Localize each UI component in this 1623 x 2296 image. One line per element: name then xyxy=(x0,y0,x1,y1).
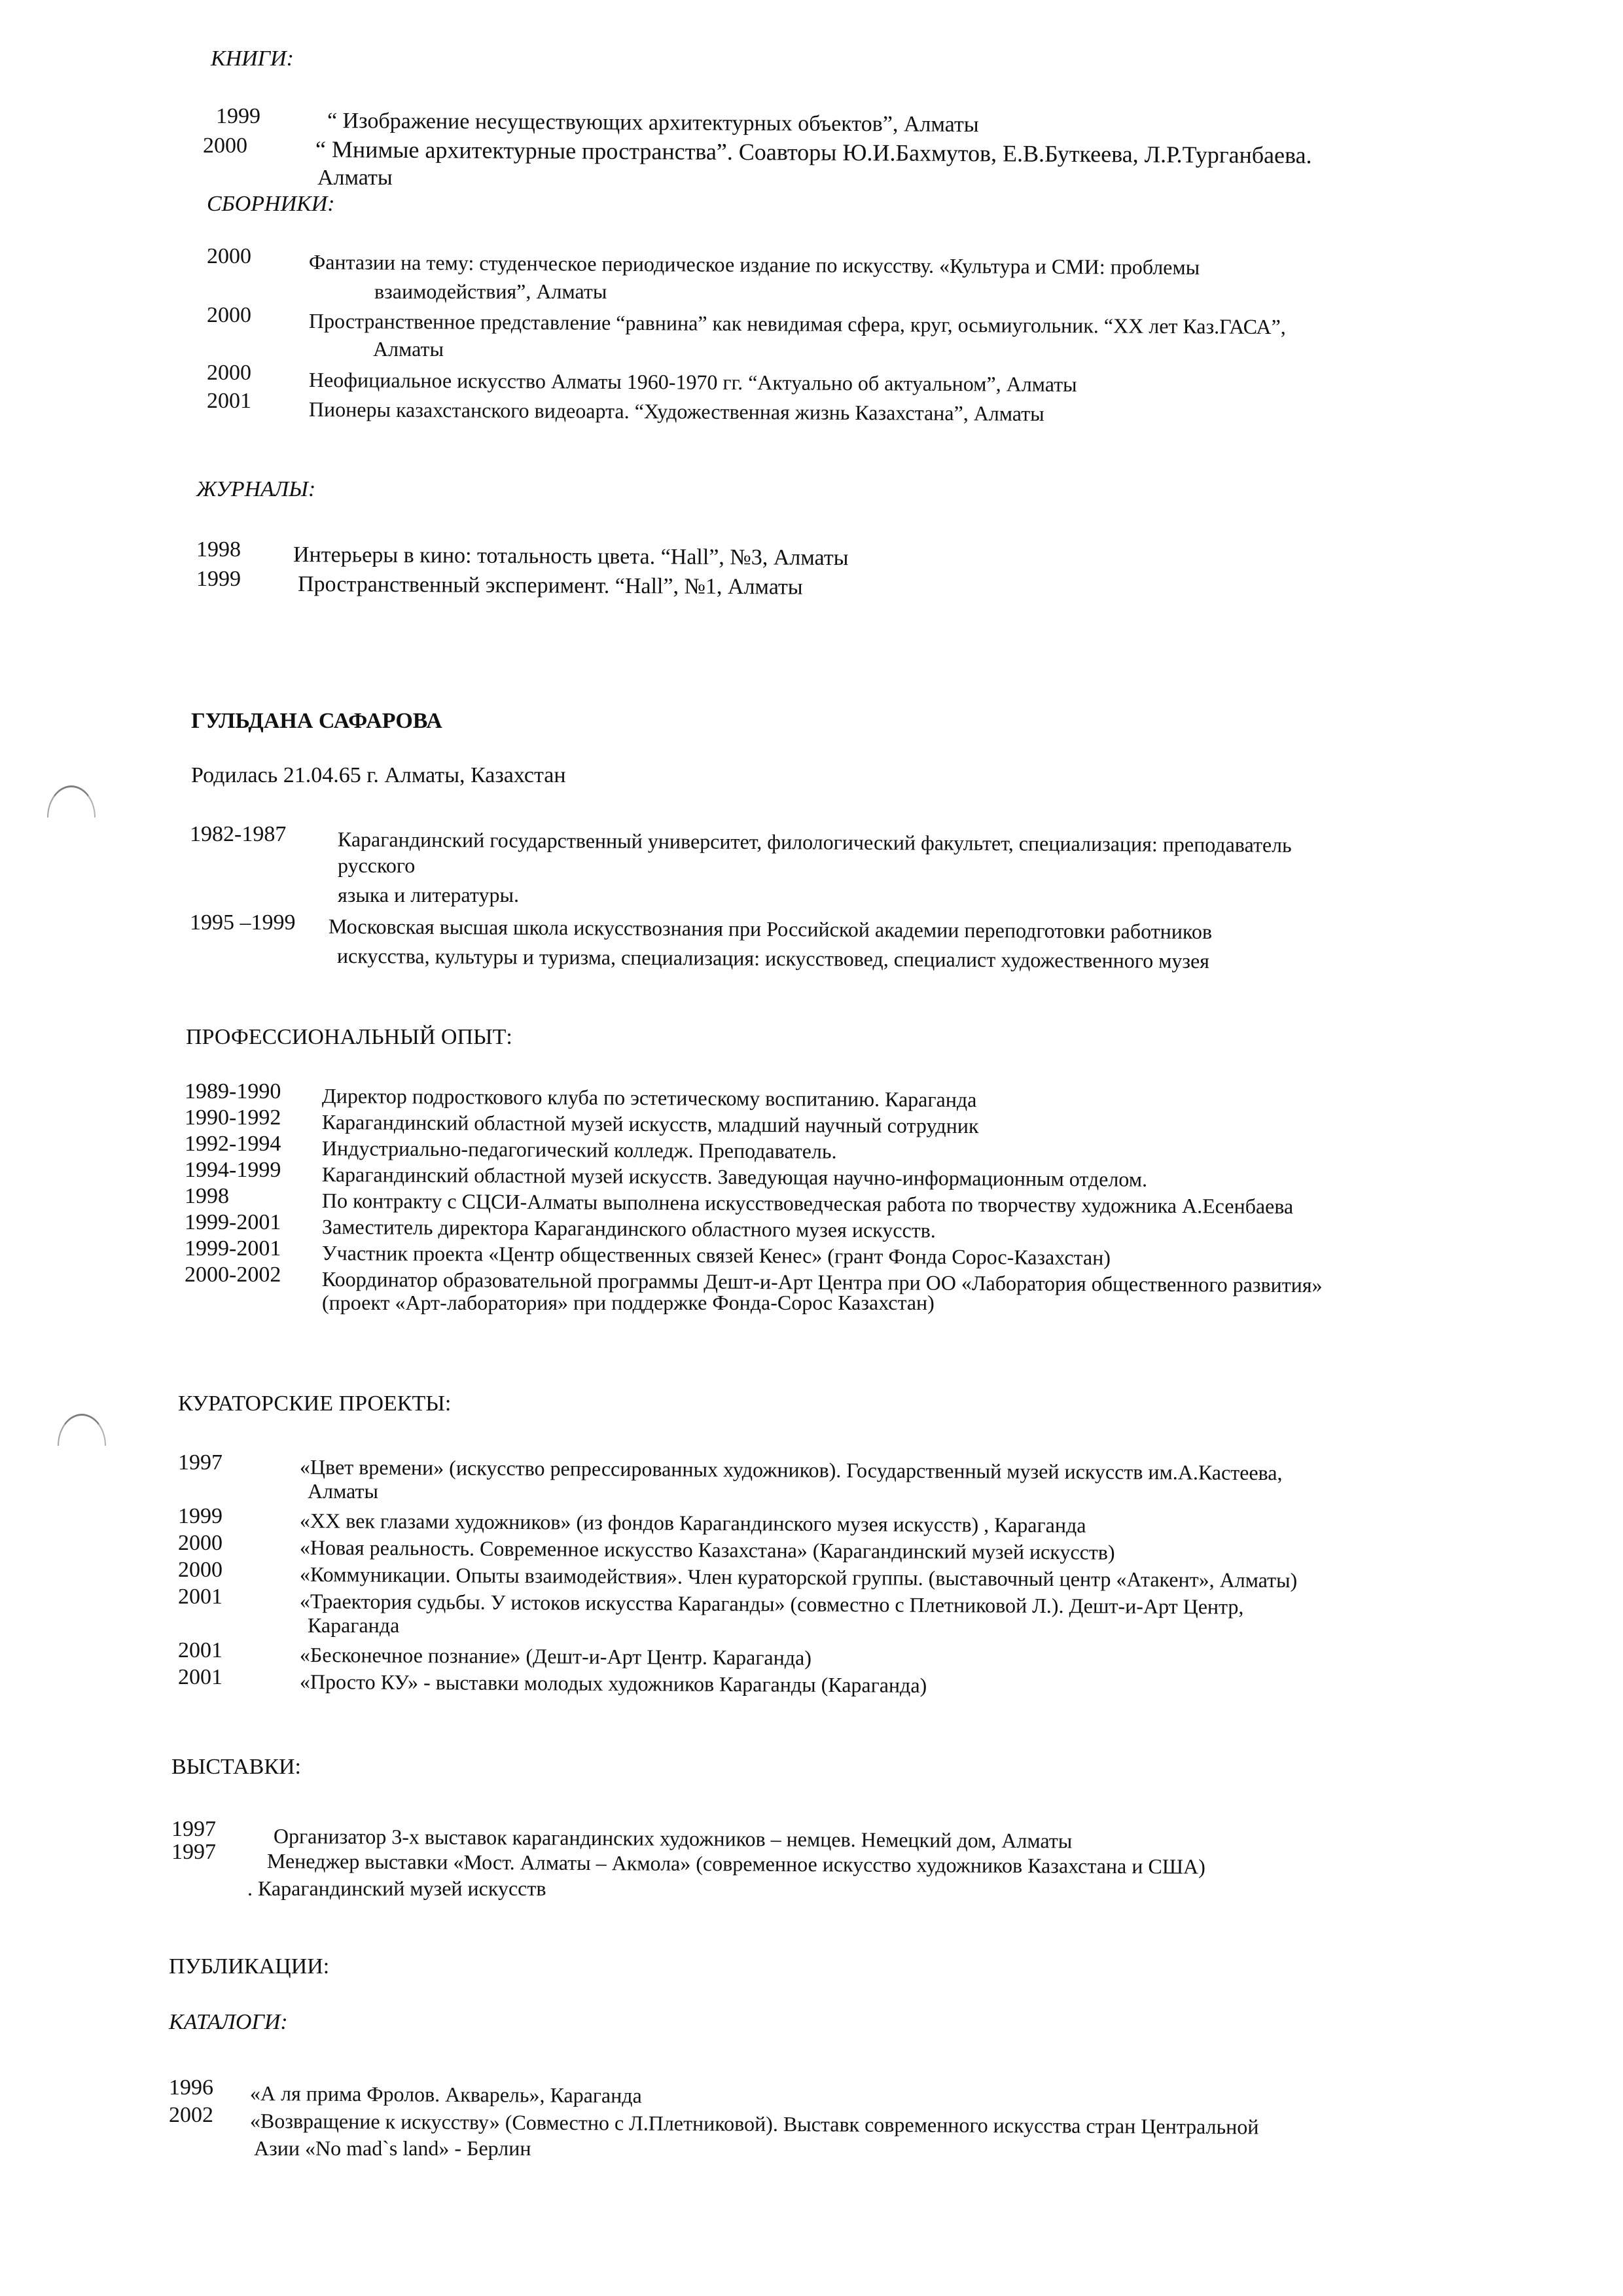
resume-page: КНИГИ: 1999 “ Изображение несуществующих… xyxy=(0,0,1623,2296)
education-years: 1982-1987 xyxy=(190,821,286,848)
experience-text: Карагандинский областной музей искусств,… xyxy=(322,1109,979,1139)
journal-title: Интерьеры в кино: тотальность цвета. “Ha… xyxy=(293,542,849,571)
catalog-title: «А ля прима Фролов. Акварель», Караганда xyxy=(250,2080,642,2109)
collection-title: Фантазии на тему: студенческое периодиче… xyxy=(309,249,1200,280)
experience-text: Директор подросткового клуба по эстетиче… xyxy=(322,1083,977,1113)
book-year: 1999 xyxy=(216,103,260,130)
punch-hole-mark xyxy=(47,785,96,817)
experience-text: Индустриально-педагогический колледж. Пр… xyxy=(322,1135,837,1164)
experience-year: 1999-2001 xyxy=(185,1236,281,1262)
collection-title-cont: Алматы xyxy=(373,336,444,362)
curatorial-text: «Траектория судьбы. У истоков искусства … xyxy=(300,1588,1244,1620)
curatorial-text: «XX век глазами художников» (из фондов К… xyxy=(300,1507,1086,1538)
catalog-year: 1996 xyxy=(169,2075,213,2101)
curatorial-text: «Новая реальность. Современное искусство… xyxy=(300,1534,1115,1566)
experience-year: 2000-2002 xyxy=(185,1262,281,1288)
curatorial-year: 2001 xyxy=(178,1664,223,1691)
exhibition-year: 1997 xyxy=(171,1816,216,1842)
experience-year: 1992-1994 xyxy=(185,1131,281,1157)
curatorial-year: 2001 xyxy=(178,1584,223,1610)
exhibitions-heading: ВЫСТАВКИ: xyxy=(171,1754,301,1780)
education-text-cont: русского xyxy=(338,852,415,878)
experience-year: 1990-1992 xyxy=(185,1105,281,1131)
education-text-cont: языка и литературы. xyxy=(338,882,519,908)
exhibition-text-cont: . Карагандинский музей искусств xyxy=(247,1875,546,1901)
collection-year: 2000 xyxy=(207,302,251,329)
curatorial-text-cont: Караганда xyxy=(308,1612,399,1638)
punch-hole-mark xyxy=(58,1414,106,1446)
collection-title: Пионеры казахстанского видеоарта. “Худож… xyxy=(309,396,1044,427)
collection-year: 2000 xyxy=(207,360,251,386)
education-text-cont: искусства, культуры и туризма, специализ… xyxy=(337,942,1209,974)
education-text: Московская высшая школа искусствознания … xyxy=(329,913,1212,944)
collection-title: Пространственное представление “равнина”… xyxy=(309,308,1286,340)
curatorial-text: «Цвет времени» (искусство репрессированн… xyxy=(300,1454,1283,1486)
catalog-year: 2002 xyxy=(169,2102,213,2128)
book-title: “ Изображение несуществующих архитектурн… xyxy=(327,108,979,138)
person-name: ГУЛЬДАНА САФАРОВА xyxy=(191,708,442,734)
birth-info: Родилась 21.04.65 г. Алматы, Казахстан xyxy=(191,762,566,789)
catalog-title-cont: Азии «No mad`s land» - Берлин xyxy=(254,2135,531,2161)
curatorial-year: 1997 xyxy=(178,1450,223,1476)
collection-year: 2000 xyxy=(207,243,251,270)
book-title-cont: Алматы xyxy=(317,165,393,191)
curatorial-text: «Просто КУ» - выставки молодых художнико… xyxy=(300,1668,927,1698)
exhibition-year: 1997 xyxy=(171,1839,216,1865)
experience-year: 1994-1999 xyxy=(185,1157,281,1183)
journal-year: 1999 xyxy=(196,566,241,592)
books-heading: КНИГИ: xyxy=(211,46,294,72)
curatorial-year: 2000 xyxy=(178,1530,223,1556)
journals-heading: ЖУРНАЛЫ: xyxy=(196,476,315,503)
experience-text-cont: (проект «Арт-лаборатория» при поддержке … xyxy=(322,1289,935,1316)
curatorial-year: 2001 xyxy=(178,1638,223,1664)
experience-text: Заместитель директора Карагандинского об… xyxy=(322,1213,936,1244)
publications-heading: ПУБЛИКАЦИИ: xyxy=(169,1954,329,1980)
collection-year: 2001 xyxy=(207,388,251,414)
curatorial-year: 2000 xyxy=(178,1557,223,1583)
collection-title: Неофициальное искусство Алматы 1960-1970… xyxy=(309,367,1077,397)
experience-year: 1998 xyxy=(185,1183,229,1210)
education-years: 1995 –1999 xyxy=(190,910,296,936)
curatorial-text: «Бесконечное познание» (Дешт-и-Арт Центр… xyxy=(300,1641,811,1671)
education-text: Карагандинский государственный университ… xyxy=(338,826,1292,858)
experience-year: 1999-2001 xyxy=(185,1210,281,1236)
journal-title: Пространственный эксперимент. “Hall”, №1… xyxy=(298,571,803,601)
collections-heading: СБОРНИКИ: xyxy=(207,191,335,217)
curatorial-year: 1999 xyxy=(178,1503,223,1530)
experience-year: 1989-1990 xyxy=(185,1079,281,1105)
collection-title-cont: взаимодействия”, Алматы xyxy=(374,278,607,304)
curatorial-text-cont: Алматы xyxy=(308,1478,378,1504)
catalogs-heading: КАТАЛОГИ: xyxy=(169,2009,288,2036)
journal-year: 1998 xyxy=(196,537,241,563)
curatorial-heading: КУРАТОРСКИЕ ПРОЕКТЫ: xyxy=(178,1391,451,1417)
book-title: “ Мнимые архитектурные пространства”. Со… xyxy=(315,136,1312,168)
book-year: 2000 xyxy=(203,133,247,159)
experience-heading: ПРОФЕССИОНАЛЬНЫЙ ОПЫТ: xyxy=(186,1024,512,1050)
